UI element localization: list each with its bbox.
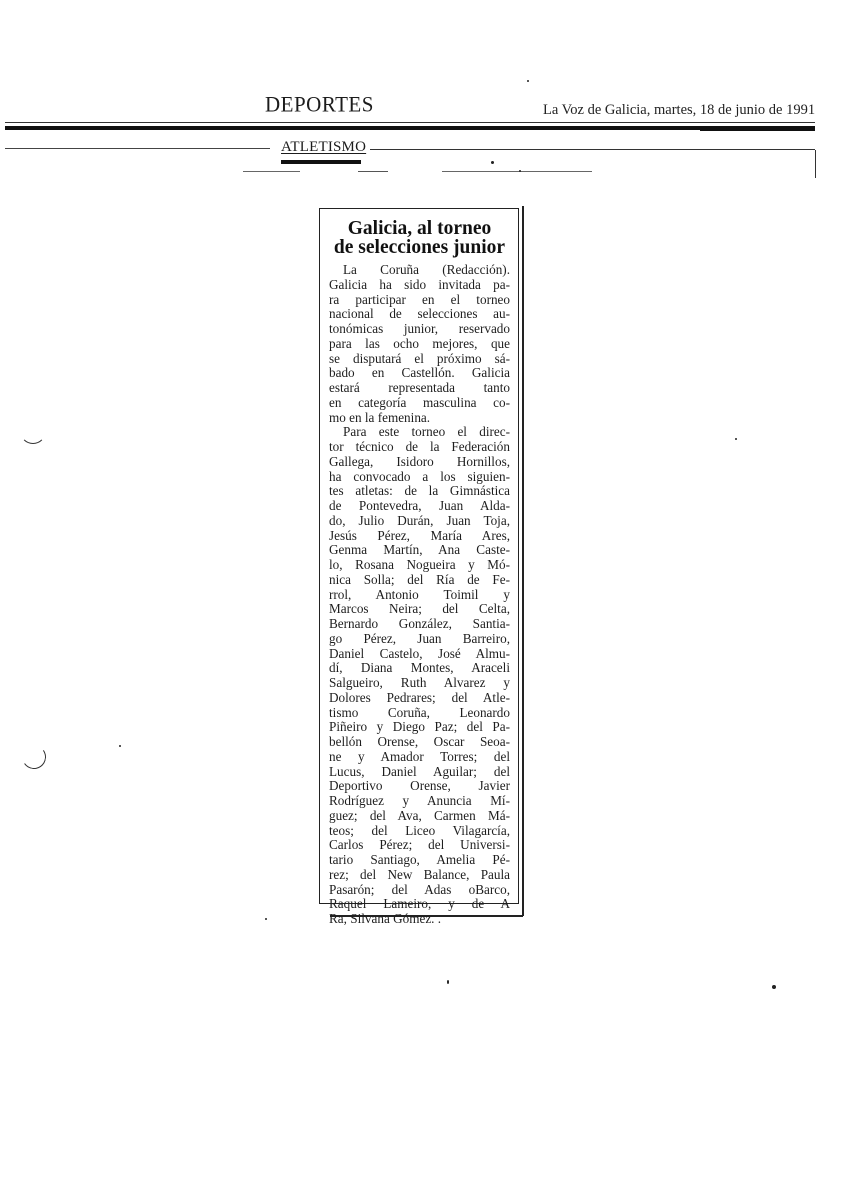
body-line: Deportivo Orense, Javier xyxy=(329,779,510,794)
body-line: nica Solla; del Ría de Fe- xyxy=(329,573,510,588)
body-line: Genma Martín, Ana Caste- xyxy=(329,543,510,558)
headline-line: de selecciones junior xyxy=(329,238,510,257)
body-line: ha convocado a los siguien- xyxy=(329,470,510,485)
body-line: teos; del Liceo Vilagarcía, xyxy=(329,824,510,839)
body-line: Jesús Pérez, María Ares, xyxy=(329,529,510,544)
sub-rule xyxy=(442,171,592,172)
article-box: Galicia, al torneo de selecciones junior… xyxy=(319,208,519,904)
body-line: lo, Rosana Nogueira y Mó- xyxy=(329,558,510,573)
body-line: Carlos Pérez; del Universi- xyxy=(329,838,510,853)
body-line: ne y Amador Torres; del xyxy=(329,750,510,765)
speck xyxy=(265,918,267,920)
body-line: Salgueiro, Ruth Alvarez y xyxy=(329,676,510,691)
body-line: bado en Castellón. Galicia xyxy=(329,366,510,381)
body-line: de Pontevedra, Juan Alda- xyxy=(329,499,510,514)
body-line: estará representada tanto xyxy=(329,381,510,396)
speck xyxy=(447,980,449,984)
body-line: Bernardo González, Santia- xyxy=(329,617,510,632)
kicker-underbar xyxy=(281,160,361,164)
body-line: Galicia ha sido invitada pa- xyxy=(329,278,510,293)
body-line: Pasarón; del Adas oBarco, xyxy=(329,883,510,898)
body-line: tario Santiago, Amelia Pé- xyxy=(329,853,510,868)
article-paragraph-2: Para este torneo el direc- tor técnico d… xyxy=(329,425,510,927)
header-rule-thick xyxy=(5,126,815,130)
punch-hole-mark-icon xyxy=(20,743,48,771)
body-line: Lucus, Daniel Aguilar; del xyxy=(329,765,510,780)
body-line: tes atletas: de la Gimnástica xyxy=(329,484,510,499)
body-line: rrol, Antonio Toimil y xyxy=(329,588,510,603)
body-line: Dolores Pedrares; del Atle- xyxy=(329,691,510,706)
body-line: nacional de selecciones au- xyxy=(329,307,510,322)
body-line: mo en la femenina. xyxy=(329,411,510,426)
body-line: go Pérez, Juan Barreiro, xyxy=(329,632,510,647)
dateline: La Voz de Galicia, martes, 18 de junio d… xyxy=(543,102,815,119)
article-shadow-right xyxy=(522,206,524,916)
body-line: tonómicas junior, reservado xyxy=(329,322,510,337)
article-headline: Galicia, al torneo de selecciones junior xyxy=(329,219,510,257)
body-line: se disputará el próximo sá- xyxy=(329,352,510,367)
body-line: ra participar en el torneo xyxy=(329,293,510,308)
kicker-rule-right-tick xyxy=(815,150,816,178)
body-line: tismo Coruña, Leonardo xyxy=(329,706,510,721)
body-line: rez; del New Balance, Paula xyxy=(329,868,510,883)
body-line: Marcos Neira; del Celta, xyxy=(329,602,510,617)
body-line: tor técnico de la Federación xyxy=(329,440,510,455)
kicker-rule-right xyxy=(370,149,815,150)
article-paragraph-1: La Coruña (Redacción). Galicia ha sido i… xyxy=(329,263,510,425)
body-line: Gallega, Isidoro Hornillos, xyxy=(329,455,510,470)
kicker-label: ATLETISMO xyxy=(281,139,366,156)
body-line: Ra, Silvana Gómez. . xyxy=(329,912,510,927)
kicker-rule-left xyxy=(5,148,270,149)
body-line: Rodríguez y Anuncia Mí- xyxy=(329,794,510,809)
body-line: Daniel Castelo, José Almu- xyxy=(329,647,510,662)
body-line: dí, Diana Montes, Araceli xyxy=(329,661,510,676)
body-line: Piñeiro y Diego Paz; del Pa- xyxy=(329,720,510,735)
body-line: guez; del Ava, Carmen Má- xyxy=(329,809,510,824)
speck xyxy=(772,985,776,989)
body-line: do, Julio Durán, Juan Toja, xyxy=(329,514,510,529)
speck xyxy=(735,438,737,440)
body-line: bellón Orense, Oscar Seoa- xyxy=(329,735,510,750)
sub-rule xyxy=(243,171,300,172)
body-line: La Coruña (Redacción). xyxy=(329,263,510,278)
speck xyxy=(119,745,121,747)
punch-hole-mark-icon xyxy=(20,418,46,444)
speck xyxy=(519,170,521,172)
speck xyxy=(527,80,529,82)
sub-rule xyxy=(358,171,388,172)
body-line: para las ocho mejores, que xyxy=(329,337,510,352)
headline-line: Galicia, al torneo xyxy=(329,219,510,238)
speck xyxy=(491,161,494,164)
section-title: DEPORTES xyxy=(265,91,374,117)
body-line: Para este torneo el direc- xyxy=(329,425,510,440)
body-line: Raquel Lameiro, y de A xyxy=(329,897,510,912)
header-rule-thin xyxy=(5,122,815,123)
header-rule-thick-tail xyxy=(700,128,815,131)
body-line: en categoría masculina co- xyxy=(329,396,510,411)
